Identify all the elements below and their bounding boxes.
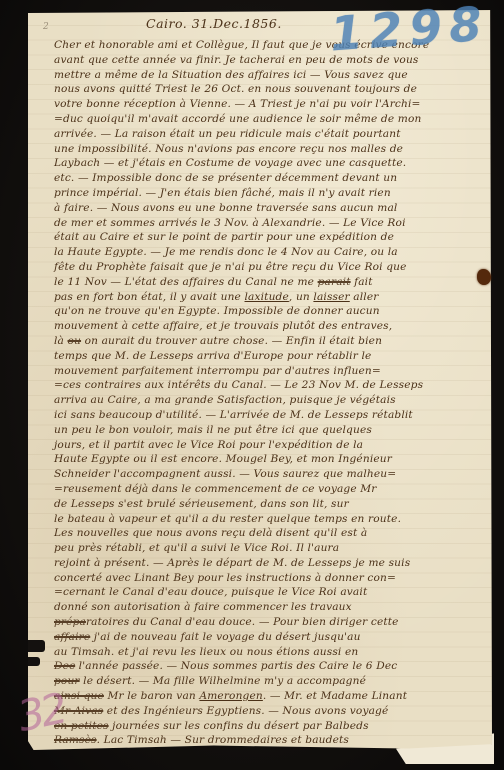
letter-line: =duc quoiqu'il m'avait accordé une audie…: [54, 112, 486, 127]
struck-word: affaire: [54, 631, 90, 643]
letter-line: le bateau à vapeur et qu'il a du rester …: [54, 512, 486, 527]
letter-line: là ou on aurait du trouver autre chose. …: [54, 334, 486, 349]
letter-line: mouvement parfaitement interrompu par d'…: [54, 364, 486, 379]
letter-line: =reusement déjà dans le commencement de …: [54, 482, 486, 497]
letter-line: mouvement à cette affaire, et je trouvai…: [54, 319, 486, 334]
struck-word: Dec: [54, 660, 75, 672]
letter-line: arrivée. — La raison était un peu ridicu…: [54, 127, 486, 142]
letter-line: fête du Prophète faisait que je n'ai pu …: [54, 260, 486, 275]
letter-line: =cernant le Canal d'eau douce, puisque l…: [54, 585, 486, 600]
pink-crayon-mark: 32: [13, 684, 68, 741]
letter-line: de Lesseps s'est brulé sérieusement, dan…: [54, 497, 486, 512]
torn-edge-notch: [28, 640, 45, 652]
letter-line: peu près rétabli, et qu'il a suivi le Vi…: [54, 541, 486, 556]
letter-line: de mer et sommes arrivés le 3 Nov. à Ale…: [54, 216, 486, 231]
underlined-word: Amerongen: [199, 690, 262, 702]
letter-line: rejoint à présent. — Après le départ de …: [54, 556, 486, 571]
letter-line: qu'on ne trouve qu'en Egypte. Impossible…: [54, 304, 486, 319]
letter-line: un peu le bon vouloir, mais il ne put êt…: [54, 423, 486, 438]
struck-word: ou: [68, 335, 82, 347]
letter-line: Haute Egypte ou il est encore. Mougel Be…: [54, 452, 486, 467]
letter-line: une impossibilité. Nous n'avions pas enc…: [54, 142, 486, 157]
letter-line: la Haute Egypte. — Je me rendis donc le …: [54, 245, 486, 260]
letter-line: le 11 Nov — L'état des affaires du Canal…: [54, 275, 486, 290]
letter-line: prince impérial. — J'en étais bien fâché…: [54, 186, 486, 201]
letter-line: mettre a même de la Situation des affair…: [54, 68, 486, 83]
letter-line: pour le désert. — Ma fille Wilhelmine m'…: [54, 674, 486, 689]
underlined-word: laxitude: [245, 291, 289, 303]
letter-line: Dec l'année passée. — Nous sommes partis…: [54, 659, 486, 674]
underlined-word: laisser: [313, 291, 349, 303]
letter-body: Cher et honorable ami et Collègue, Il fa…: [54, 38, 486, 748]
letter-line: affaire j'ai de nouveau fait le voyage d…: [54, 630, 486, 645]
letter-line: nous avons quitté Triest le 26 Oct. en n…: [54, 82, 486, 97]
struck-word: prépa: [54, 616, 86, 628]
letter-line: =ces contraires aux intérêts du Canal. —…: [54, 378, 486, 393]
letter-line: Laybach — et j'étais en Costume de voyag…: [54, 156, 486, 171]
letter-line: en petites journées sur les confins du d…: [54, 719, 486, 734]
letter-line: était au Caire et sur le point de partir…: [54, 230, 486, 245]
letter-line: Schneider l'accompagnent aussi. — Vous s…: [54, 467, 486, 482]
letter-line: pas en fort bon état, il y avait une lax…: [54, 290, 486, 305]
struck-word: parait: [318, 276, 351, 288]
pencil-corner-mark: 2: [43, 22, 49, 32]
letter-line: donné son autorisation à faire commencer…: [54, 600, 486, 615]
ink-blot: [477, 269, 491, 285]
letter-line: préparatoires du Canal d'eau douce. — Po…: [54, 615, 486, 630]
letter-line: Mr Aivas et des Ingénieurs Egyptiens. — …: [54, 704, 486, 719]
struck-word: Ramsès: [54, 734, 97, 746]
letter-line: ainsi que Mr le baron van Amerongen. — M…: [54, 689, 486, 704]
torn-edge-notch: [28, 657, 40, 666]
letter-line: arriva au Caire, a ma grande Satisfactio…: [54, 393, 486, 408]
dateline: Cairo. 31.Dec.1856.: [146, 16, 282, 31]
letter-line: ici sans beaucoup d'utilité. — L'arrivée…: [54, 408, 486, 423]
letter-line: votre bonne réception à Vienne. — A Trie…: [54, 97, 486, 112]
letter-line: Les nouvelles que nous avons reçu delà d…: [54, 526, 486, 541]
letter-line: concerté avec Linant Bey pour les instru…: [54, 571, 486, 586]
archive-number-stamp: 1298: [328, 0, 490, 62]
letter-line: à faire. — Nous avons eu une bonne trave…: [54, 201, 486, 216]
letter-line: Ramsès. Lac Timsah — Sur drommedaires et…: [54, 733, 486, 748]
letter-line: temps que M. de Lesseps arriva d'Europe …: [54, 349, 486, 364]
letter-line: au Timsah. et j'ai revu les lieux ou nou…: [54, 645, 486, 660]
letter-line: jours, et il partit avec le Vice Roi pou…: [54, 438, 486, 453]
letter-line: etc. — Impossible donc de se présenter d…: [54, 171, 486, 186]
